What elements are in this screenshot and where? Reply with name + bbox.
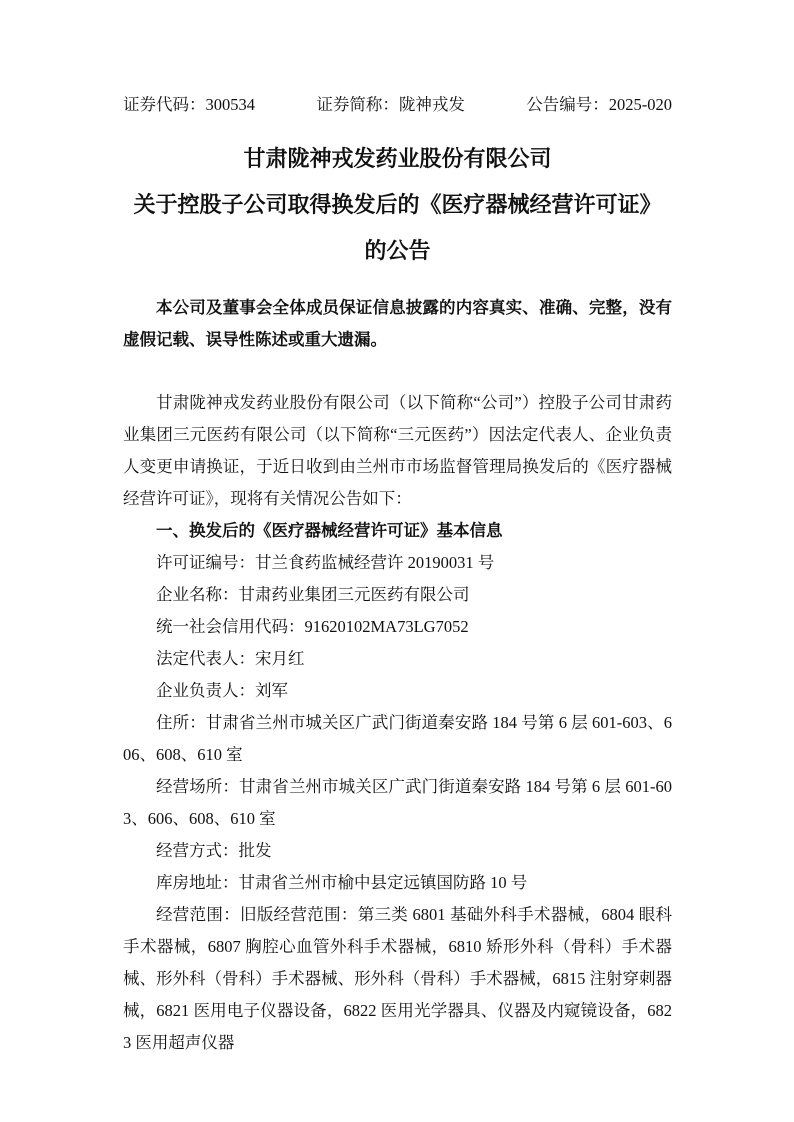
legal-representative-line: 法定代表人：宋月红 xyxy=(123,643,672,675)
enterprise-name-line: 企业名称：甘肃药业集团三元医药有限公司 xyxy=(123,579,672,611)
business-scope-line: 经营范围：旧版经营范围：第三类 6801 基础外科手术器械，6804 眼科手术器… xyxy=(123,899,672,1059)
enterprise-head-line: 企业负责人：刘军 xyxy=(123,675,672,707)
securities-header-row: 证券代码：300534 证券简称：陇神戎发 公告编号：2025-020 xyxy=(123,92,672,118)
document-page: 证券代码：300534 证券简称：陇神戎发 公告编号：2025-020 甘肃陇神… xyxy=(0,0,794,1122)
business-mode-line: 经营方式：批发 xyxy=(123,835,672,867)
document-title: 甘肃陇神戎发药业股份有限公司 关于控股子公司取得换发后的《医疗器械经营许可证》 … xyxy=(123,136,672,274)
credit-code-line: 统一社会信用代码：91620102MA73LG7052 xyxy=(123,611,672,643)
section1-heading: 一、换发后的《医疗器械经营许可证》基本信息 xyxy=(123,515,672,547)
announcement-number: 公告编号：2025-020 xyxy=(526,92,672,118)
intro-paragraph: 甘肃陇神戎发药业股份有限公司（以下简称“公司”）控股子公司甘肃药业集团三元医药有… xyxy=(123,387,672,515)
license-number-line: 许可证编号：甘兰食药监械经营许 20190031 号 xyxy=(123,547,672,579)
stock-abbreviation: 证券简称：陇神戎发 xyxy=(316,92,465,118)
business-premises-line: 经营场所：甘肃省兰州市城关区广武门街道秦安路 184 号第 6 层 601-60… xyxy=(123,771,672,835)
residence-line: 住所：甘肃省兰州市城关区广武门街道秦安路 184 号第 6 层 601-603、… xyxy=(123,707,672,771)
warehouse-address-line: 库房地址：甘肃省兰州市榆中县定远镇国防路 10 号 xyxy=(123,867,672,899)
title-line-subject: 关于控股子公司取得换发后的《医疗器械经营许可证》 xyxy=(123,182,672,228)
board-declaration: 本公司及董事会全体成员保证信息披露的内容真实、准确、完整，没有虚假记载、误导性陈… xyxy=(123,292,672,356)
stock-code: 证券代码：300534 xyxy=(123,92,255,118)
title-line-company: 甘肃陇神戎发药业股份有限公司 xyxy=(123,136,672,182)
title-line-suffix: 的公告 xyxy=(123,228,672,274)
